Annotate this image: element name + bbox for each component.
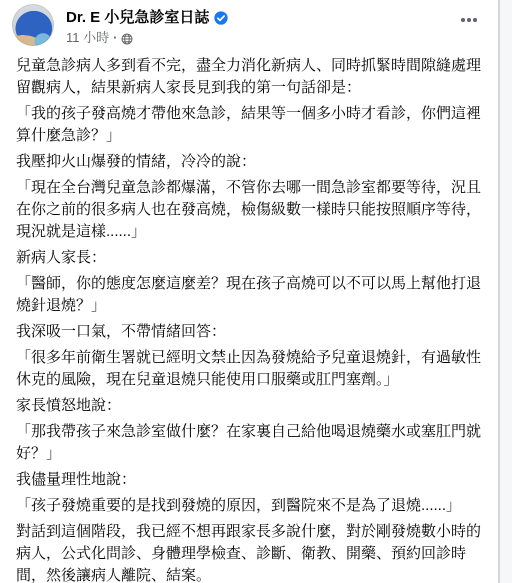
post-paragraph: 我儘量理性地說：: [16, 469, 482, 491]
more-options-button[interactable]: [452, 6, 486, 34]
facebook-post-card: Dr. E 小兒急診室日誌 11 小時 ·: [0, 0, 500, 583]
verified-badge-icon: [214, 11, 228, 25]
dot-icon: [473, 18, 477, 22]
post-paragraph: 對話到這個階段，我已經不想再跟家長多說什麼，對於剛發燒數小時的病人，公式化問診、…: [16, 521, 482, 583]
page-background-strip: [500, 0, 512, 583]
post-content: 兒童急診病人多到看不完，盡全力消化新病人、同時抓緊時間隙縫處理留觀病人，結果新病…: [0, 51, 498, 583]
post-paragraph: 我深吸一口氣，不帶情緒回答：: [16, 321, 482, 343]
post-paragraph: 家長憤怒地說：: [16, 395, 482, 417]
post-paragraph: 「那我帶孩子來急診室做什麼？在家裏自己給他喝退燒藥水或塞肛門就好？」: [16, 421, 482, 465]
post-meta-row: 11 小時 ·: [66, 30, 228, 46]
page-name-row: Dr. E 小兒急診室日誌: [66, 8, 228, 28]
meta-separator: ·: [113, 30, 117, 46]
page-avatar[interactable]: [12, 4, 54, 46]
post-header: Dr. E 小兒急診室日誌 11 小時 ·: [0, 0, 498, 51]
post-paragraph: 「現在全台灣兒童急診都爆滿，不管你去哪一間急診室都要等待，況且在你之前的很多病人…: [16, 177, 482, 243]
globe-icon: [121, 33, 133, 45]
dot-icon: [461, 18, 465, 22]
post-paragraph: 新病人家長：: [16, 247, 482, 269]
post-paragraph: 「孩子發燒重要的是找到發燒的原因，到醫院來不是為了退燒......」: [16, 495, 482, 517]
post-paragraph: 我壓抑火山爆發的情緒，冷冷的說：: [16, 151, 482, 173]
post-paragraph: 兒童急診病人多到看不完，盡全力消化新病人、同時抓緊時間隙縫處理留觀病人，結果新病…: [16, 55, 482, 99]
post-paragraph: 「醫師，你的態度怎麼這麼差？現在孩子高燒可以不可以馬上幫他打退燒針退燒？」: [16, 273, 482, 317]
post-header-text: Dr. E 小兒急診室日誌 11 小時 ·: [66, 3, 228, 51]
facebook-viewport: Dr. E 小兒急診室日誌 11 小時 ·: [0, 0, 512, 583]
post-timestamp[interactable]: 11 小時: [66, 30, 109, 46]
post-paragraph: 「很多年前衛生署就已經明文禁止因為發燒給予兒童退燒針，有過敏性休克的風險，現在兒…: [16, 347, 482, 391]
post-paragraph: 「我的孩子發高燒才帶他來急診，結果等一個多小時才看診，你們這裡算什麼急診？」: [16, 103, 482, 147]
dot-icon: [467, 18, 471, 22]
page-name-link[interactable]: Dr. E 小兒急診室日誌: [66, 8, 209, 28]
